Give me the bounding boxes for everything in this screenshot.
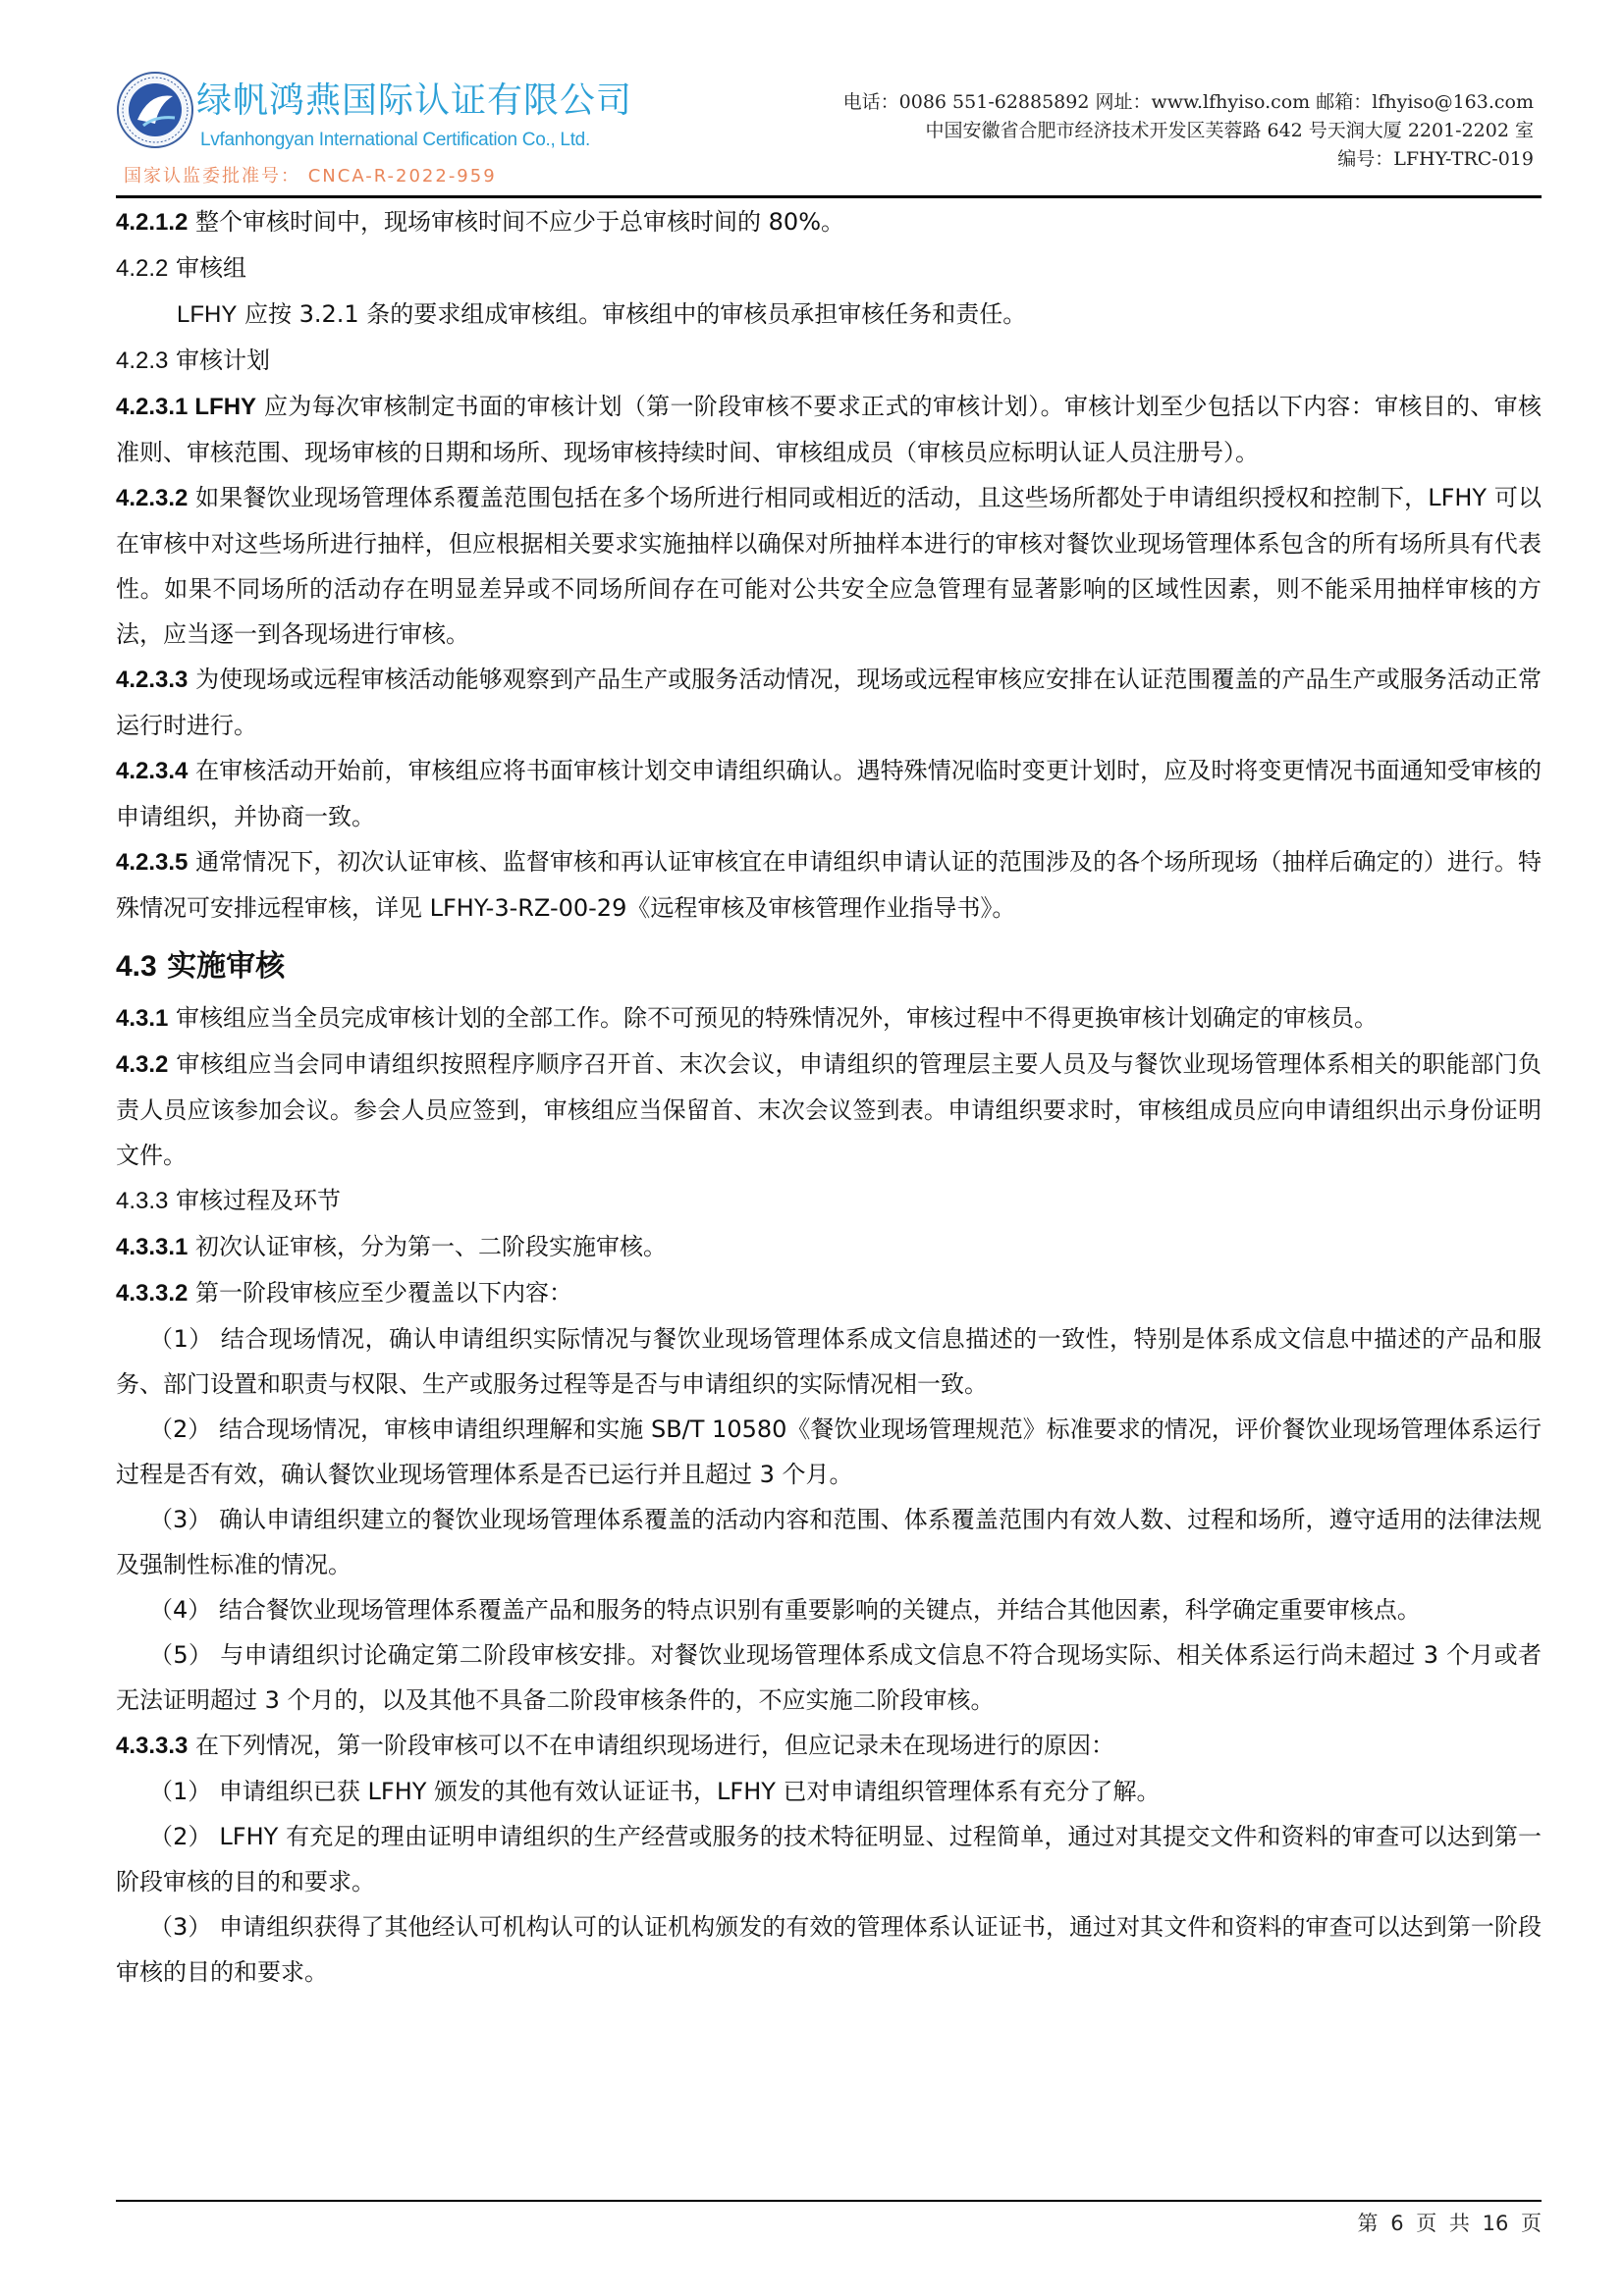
heading-4-3-3: 4.3.3 审核过程及环节 (116, 1178, 1542, 1224)
contact-address: 中国安徽省合肥市经济技术开发区芙蓉路 642 号天润大厦 2201-2202 室 (843, 117, 1534, 145)
approval-number: 国家认监委批准号： CNCA-R-2022-959 (124, 162, 497, 187)
clause-4-3-3-2: 4.3.3.2 第一阶段审核应至少覆盖以下内容： (116, 1270, 1542, 1316)
header-divider (116, 195, 1542, 198)
clause-4-2-3-4: 4.2.3.4 在审核活动开始前，审核组应将书面审核计划交申请组织确认。遇特殊情… (116, 748, 1542, 839)
company-name-en: Lvfanhongyan International Certification… (200, 130, 590, 151)
footer-divider (116, 2200, 1542, 2202)
section-heading-4-3: 4.3 实施审核 (116, 938, 1542, 995)
page-header: 绿帆鸿燕国际认证有限公司 Lvfanhongyan International … (116, 71, 1542, 196)
contact-block: 电话：0086 551-62885892 网址：www.lfhyiso.com … (843, 88, 1534, 174)
contact-phone-web-email: 电话：0086 551-62885892 网址：www.lfhyiso.com … (843, 88, 1534, 117)
heading-4-2-2: 4.2.2 审核组 (116, 245, 1542, 292)
document-body: 4.2.1.2 整个审核时间中，现场审核时间不应少于总审核时间的 80%。 4.… (116, 199, 1542, 1995)
clause-4-2-1-2: 4.2.1.2 整个审核时间中，现场审核时间不应少于总审核时间的 80%。 (116, 199, 1542, 245)
page-number: 第 6 页 共 16 页 (1358, 2208, 1542, 2237)
company-name-cn: 绿帆鸿燕国际认证有限公司 (196, 73, 632, 123)
stage1-item-5: （5） 与申请组织讨论确定第二阶段审核安排。对餐饮业现场管理体系成文信息不符合现… (116, 1632, 1542, 1723)
clause-4-2-2-body: LFHY 应按 3.2.1 条的要求组成审核组。审核组中的审核员承担审核任务和责… (116, 292, 1542, 338)
clause-4-3-3-3: 4.3.3.3 在下列情况，第一阶段审核可以不在申请组织现场进行，但应记录未在现… (116, 1723, 1542, 1769)
clause-4-3-3-1: 4.3.3.1 初次认证审核，分为第一、二阶段实施审核。 (116, 1224, 1542, 1270)
clause-4-2-3-1: 4.2.3.1 LFHY 应为每次审核制定书面的审核计划（第一阶段审核不要求正式… (116, 384, 1542, 475)
company-seal-logo-icon (116, 71, 194, 149)
stage1-item-4: （4） 结合餐饮业现场管理体系覆盖产品和服务的特点识别有重要影响的关键点，并结合… (116, 1587, 1542, 1632)
offsite-item-1: （1） 申请组织已获 LFHY 颁发的其他有效认证证书，LFHY 已对申请组织管… (116, 1769, 1542, 1814)
offsite-item-2: （2） LFHY 有充足的理由证明申请组织的生产经营或服务的技术特征明显、过程简… (116, 1814, 1542, 1904)
clause-4-3-2: 4.3.2 审核组应当会同申请组织按照程序顺序召开首、末次会议，申请组织的管理层… (116, 1041, 1542, 1178)
offsite-item-3: （3） 申请组织获得了其他经认可机构认可的认证机构颁发的有效的管理体系认证证书，… (116, 1904, 1542, 1995)
clause-4-2-3-2: 4.2.3.2 如果餐饮业现场管理体系覆盖范围包括在多个场所进行相同或相近的活动… (116, 475, 1542, 657)
stage1-item-2: （2） 结合现场情况，审核申请组织理解和实施 SB/T 10580《餐饮业现场管… (116, 1407, 1542, 1497)
clause-4-3-1: 4.3.1 审核组应当全员完成审核计划的全部工作。除不可预见的特殊情况外，审核过… (116, 995, 1542, 1041)
stage1-item-3: （3） 确认申请组织建立的餐饮业现场管理体系覆盖的活动内容和范围、体系覆盖范围内… (116, 1497, 1542, 1587)
document-number: 编号：LFHY-TRC-019 (843, 145, 1534, 174)
stage1-item-1: （1） 结合现场情况，确认申请组织实际情况与餐饮业现场管理体系成文信息描述的一致… (116, 1316, 1542, 1407)
clause-4-2-3-5: 4.2.3.5 通常情况下，初次认证审核、监督审核和再认证审核宜在申请组织申请认… (116, 839, 1542, 931)
clause-4-2-3-3: 4.2.3.3 为使现场或远程审核活动能够观察到产品生产或服务活动情况，现场或远… (116, 657, 1542, 748)
heading-4-2-3: 4.2.3 审核计划 (116, 338, 1542, 384)
